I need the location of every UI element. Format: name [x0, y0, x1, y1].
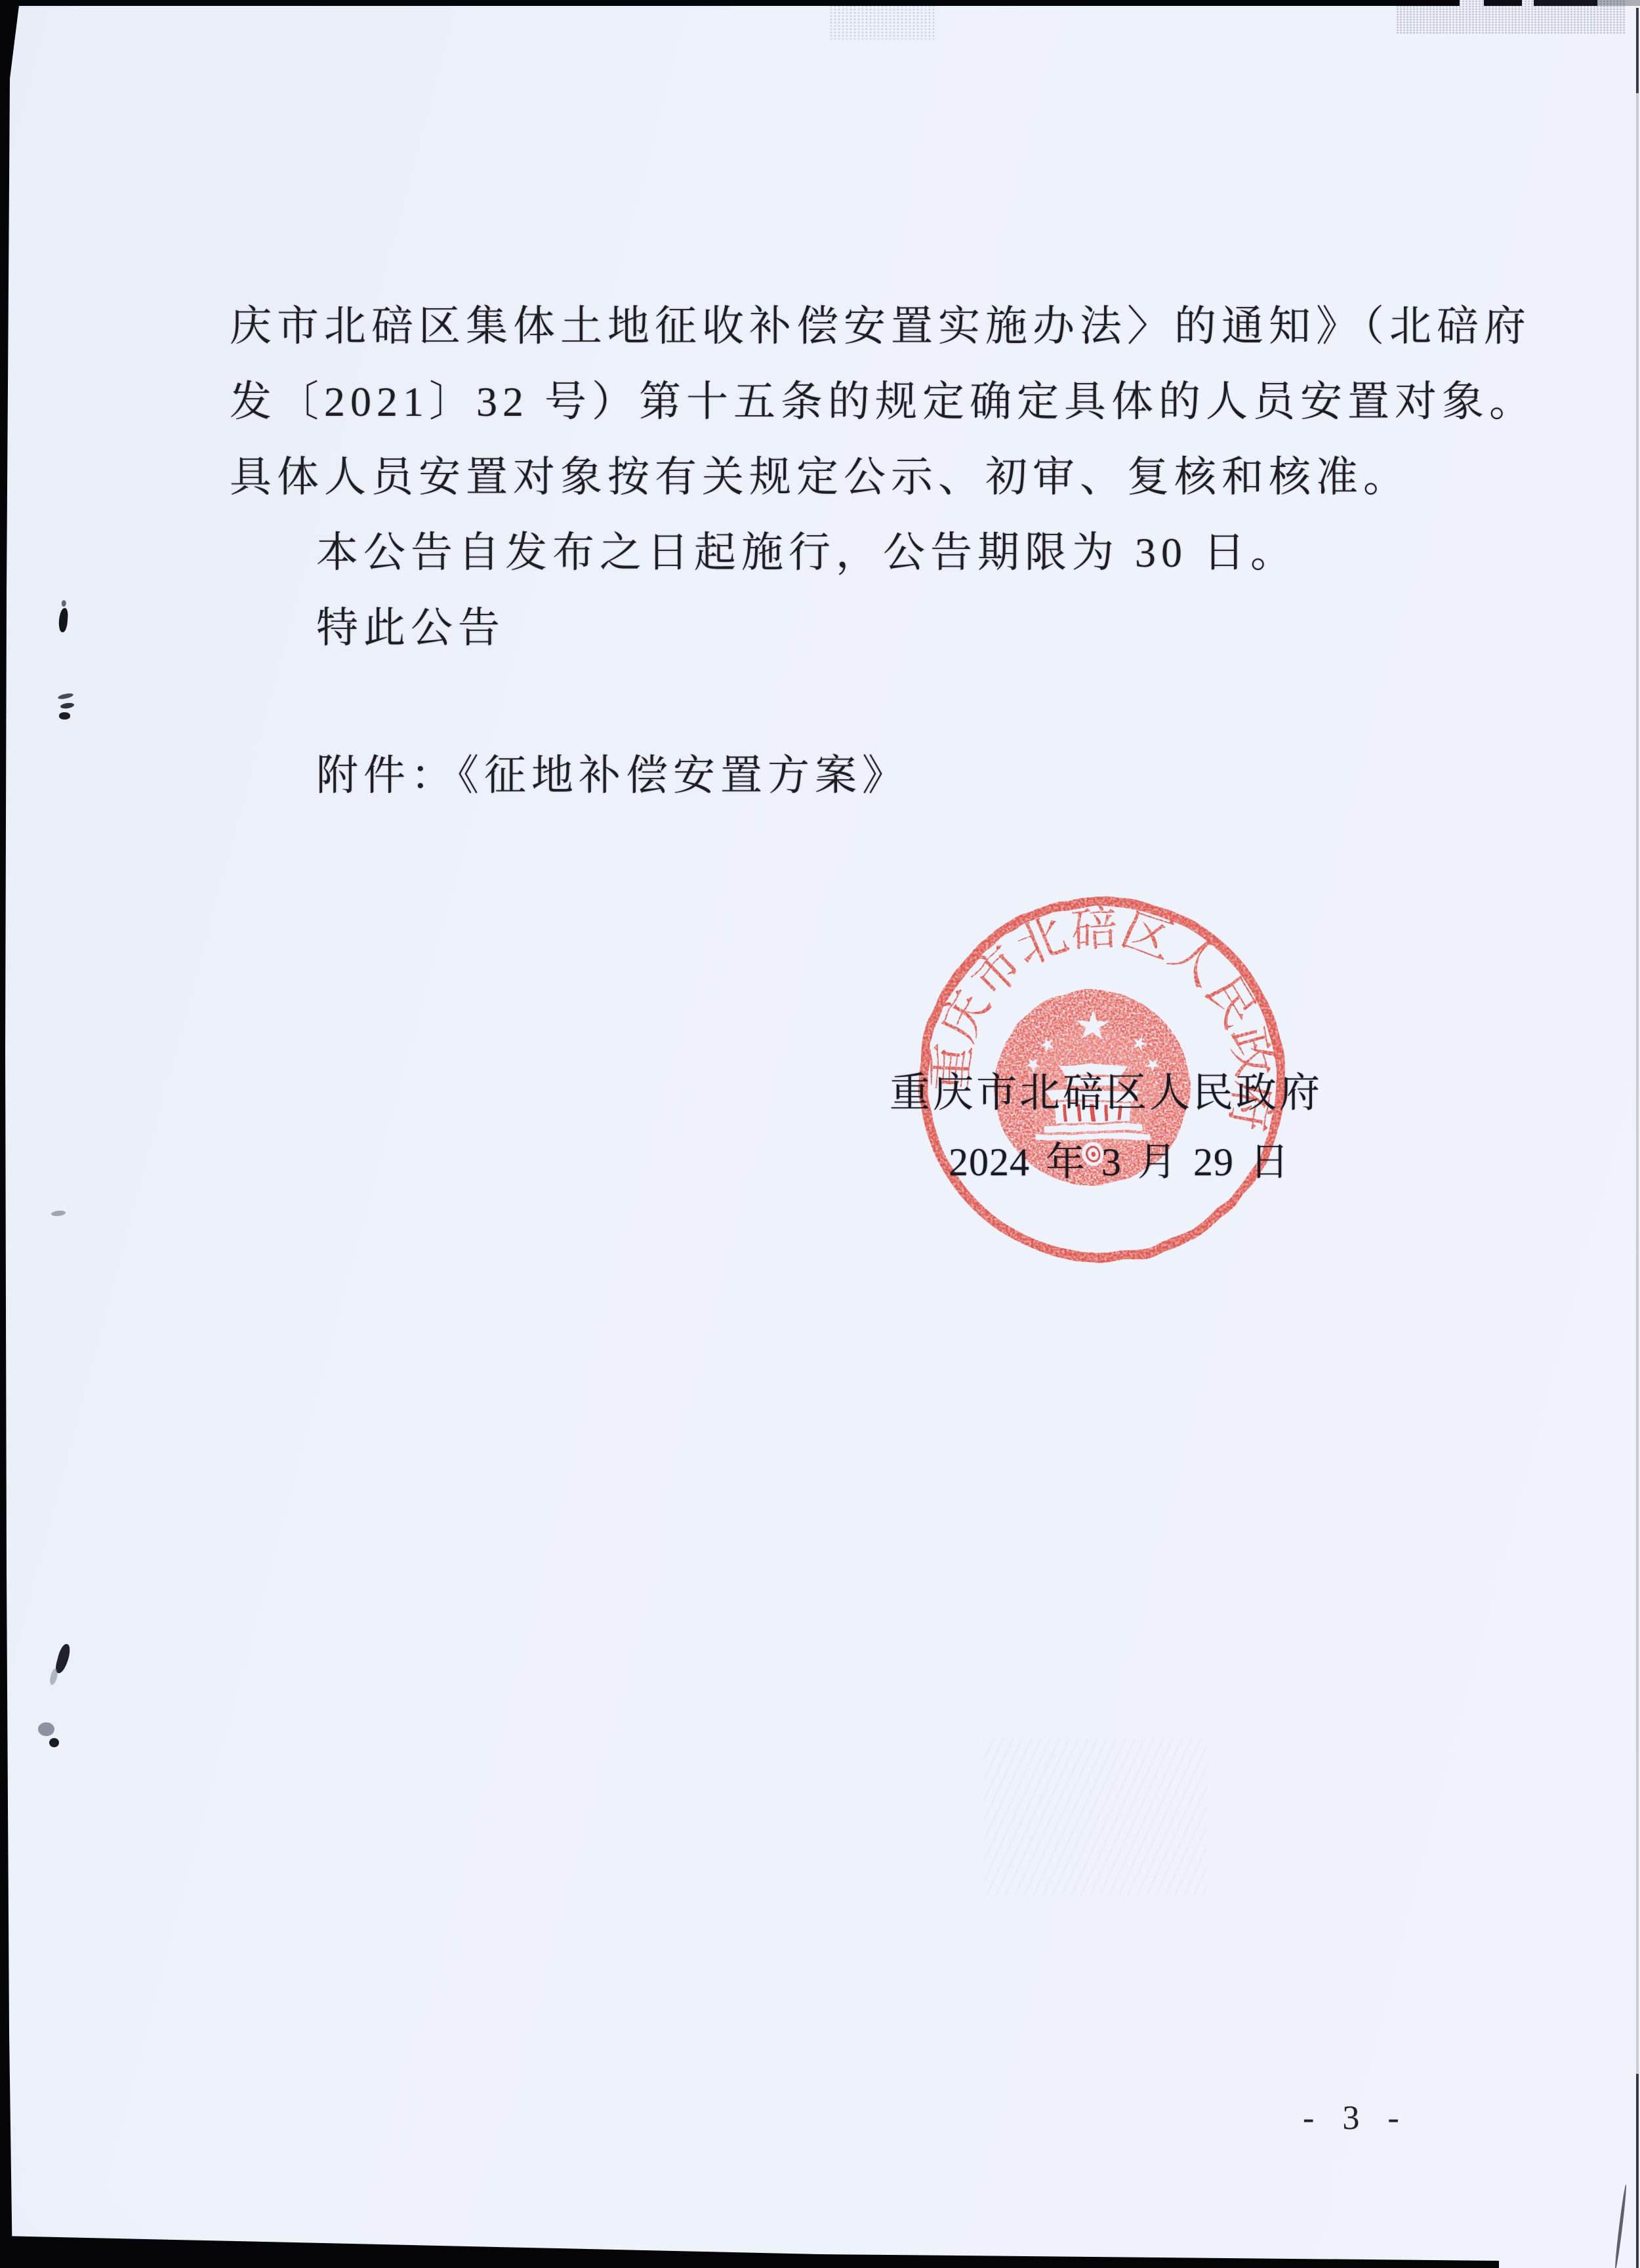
ink-mark: [54, 1643, 72, 1675]
ink-mark: [58, 608, 69, 633]
body-line-4: 本公告自发布之日起施行，公告期限为 30 日。: [316, 519, 1298, 579]
attachment-line: 附件：《征地补偿安置方案》: [316, 742, 909, 802]
scanned-document-page: 庆市北碚区集体土地征收补偿安置实施办法〉的通知》（北碚府 发〔2021〕32 号…: [0, 0, 1640, 2268]
scan-edge-top: [0, 0, 1640, 6]
scan-edge-bottom: [0, 2227, 1640, 2268]
ink-mark: [38, 1722, 54, 1736]
scan-smudge: [829, 1, 934, 39]
ink-mark: [51, 1210, 66, 1217]
body-line-3: 具体人员安置对象按有关规定公示、初审、复核和核准。: [230, 443, 1410, 504]
body-line-1: 庆市北碚区集体土地征收补偿安置实施办法〉的通知》（北碚府: [230, 293, 1531, 353]
ink-mark: [58, 693, 74, 700]
scan-edge-corner: [1614, 2184, 1628, 2268]
ink-mark: [59, 712, 70, 719]
signature-date: 2024 年 3 月 29 日: [949, 1131, 1290, 1187]
scan-edge-left: [0, 0, 22, 2268]
body-line-2: 发〔2021〕32 号）第十五条的规定确定具体的人员安置对象。: [230, 368, 1536, 428]
ink-mark: [60, 702, 75, 710]
signature-issuer: 重庆市北碚区人民政府: [890, 1060, 1322, 1118]
page-number: - 3 -: [1303, 2099, 1403, 2137]
scan-smudge: [984, 1738, 1207, 1895]
scan-edge-right: [1636, 8, 1639, 2268]
body-line-5: 特此公告: [316, 594, 505, 655]
ink-mark: [49, 1738, 59, 1747]
